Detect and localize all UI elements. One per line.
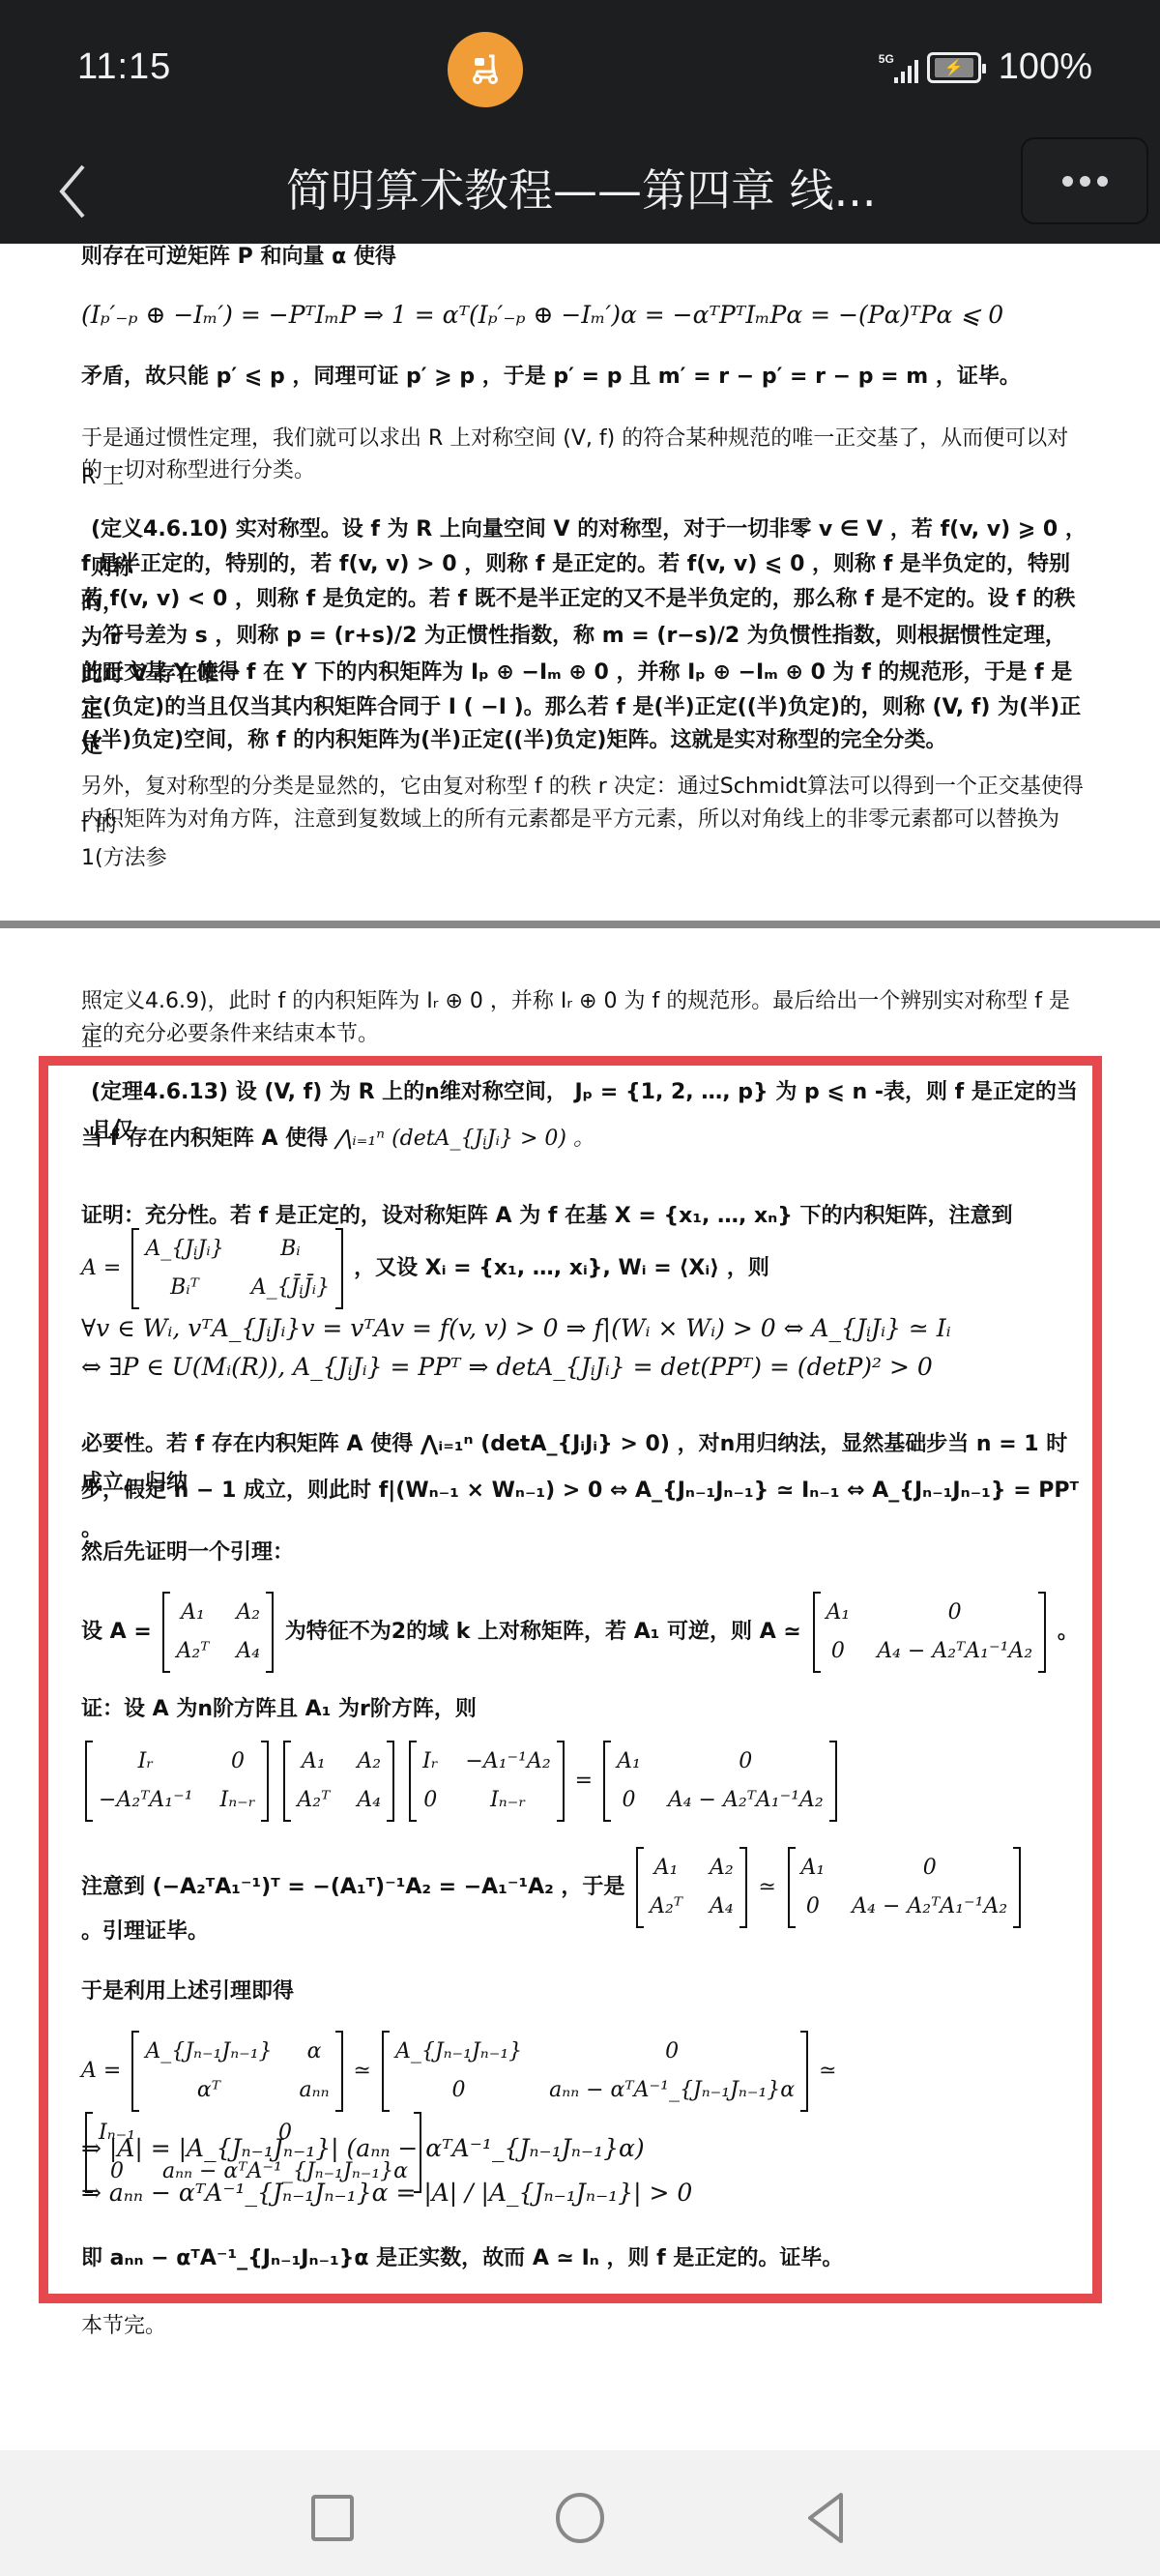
page-title: 简明算术教程——第四章 线... [286,157,877,224]
lemma-proof-intro: 证：设 A 为n阶方阵且 A₁ 为r阶方阵，则 [81,1690,1087,1729]
equation: ∀v ∈ Wᵢ, vᵀA_{JᵢJᵢ}v = vᵀAv = f(v, v) > … [81,1307,951,1350]
battery-charging-icon: ⚡ [927,52,981,83]
square-icon[interactable] [304,2489,362,2547]
equation: ⇒ aₙₙ − αᵀA⁻¹_{Jₙ₋₁Jₙ₋₁}α = |A| / |A_{Jₙ… [81,2172,692,2214]
triangle-back-icon[interactable] [798,2489,856,2547]
lemma-intro: 然后先证明一个引理： [81,1534,1087,1572]
text-line: 则存在可逆矩阵 P 和向量 α 使得 [81,238,1087,277]
paragraph-line: 的一切对称型进行分类。 [81,452,1087,490]
app-bar: 简明算术教程——第四章 线... [0,135,1160,244]
section-end-text: 本节完。 [81,2307,1087,2346]
paragraph-line: 内积矩阵为对角方阵，注意到复数域上的所有元素都是平方元素，所以对角线上的非零元素… [81,801,1087,878]
lemma-end: 。引理证毕。 [81,1913,1087,1951]
system-icons: 5G ⚡ 100% [879,46,1092,88]
equation: (Iₚ′₋ₚ ⊕ −Iₘ′) = −PᵀIₘP ⇒ 1 = αᵀ(Iₚ′₋ₚ ⊕… [81,294,1003,337]
more-horizontal-icon[interactable] [1021,137,1148,224]
conclusion-line: 即 aₙₙ − αᵀA⁻¹_{Jₙ₋₁Jₙ₋₁}α 是正实数，故而 A ≃ Iₙ… [81,2239,1087,2278]
text-line: 矛盾，故只能 p′ ⩽ p ，同理可证 p′ ⩾ p ，于是 p′ = p 且 … [81,358,1087,396]
chevron-left-icon[interactable] [50,157,99,224]
apply-intro: 于是利用上述引理即得 [81,1973,1087,2011]
document-page-1: 则存在可逆矩阵 P 和向量 α 使得 (Iₚ′₋ₚ ⊕ −Iₘ′) = −PᵀI… [0,244,1160,921]
lemma-statement: 设 A = A₁A₂A₂ᵀA₄ 为特征不为2的域 k 上对称矩阵，若 A₁ 可逆… [81,1592,1087,1673]
scooter-icon[interactable] [448,32,523,107]
battery-percent: 100% [999,46,1092,88]
equation: ⇔ ∃P ∈ U(Mᵢ(R)), A_{JᵢJᵢ} = PPᵀ ⇒ detA_{… [81,1346,933,1389]
system-nav-bar [0,2450,1160,2576]
signal-icon: 5G [879,48,917,87]
page-divider [0,921,1160,928]
proof-matrix-line: A = A_{JᵢJᵢ}BᵢBᵢᵀA_{J̄ᵢJ̄ᵢ} ，又设 Xᵢ = {x₁… [81,1228,1087,1309]
equation: ⋀ᵢ₌₁ⁿ (detA_{JᵢJᵢ} > 0) 。 [334,1127,594,1151]
circle-icon[interactable] [551,2489,609,2547]
status-bar: 11:15 5G ⚡ 100% [0,0,1160,135]
lemma-product-equation: Iᵣ0−A₂ᵀA₁⁻¹Iₙ₋ᵣ A₁A₂A₂ᵀA₄ Iᵣ−A₁⁻¹A₂0Iₙ₋ᵣ… [81,1741,1087,1822]
clock: 11:15 [77,46,171,88]
paragraph-line: 定的充分必要条件来结束本节。 [81,1015,1087,1054]
equation: ⇒ |A| = |A_{Jₙ₋₁Jₙ₋₁}| (aₙₙ − αᵀA⁻¹_{Jₙ₋… [81,2127,645,2170]
